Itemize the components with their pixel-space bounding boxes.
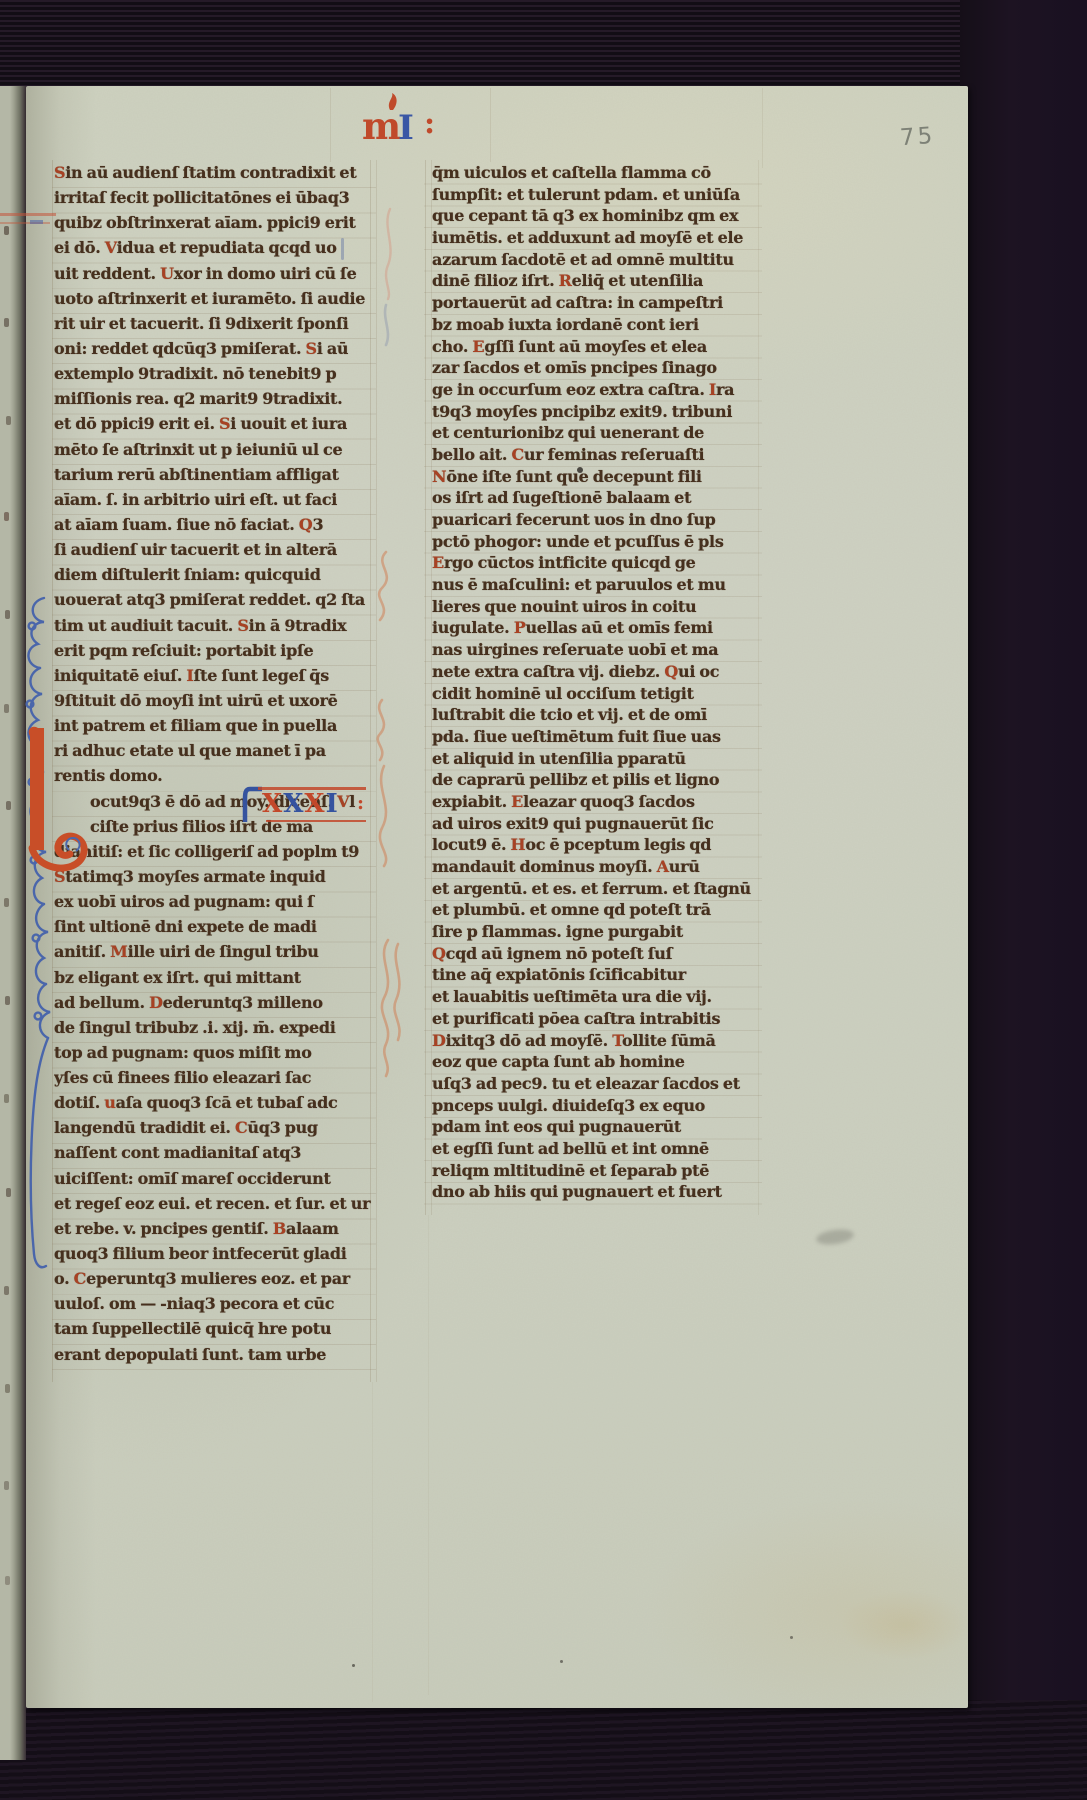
text-line: anitiſ. Mille uiri de ſingul tribu bbox=[54, 939, 376, 964]
text-line: ſire p flammas. igne purgabit bbox=[432, 921, 762, 943]
red-touched-capital: S bbox=[237, 616, 248, 635]
ink-speck bbox=[790, 1636, 793, 1639]
text-line: Sin aū audienſ ſtatim contradixit et bbox=[54, 160, 376, 185]
numeral-letter: X bbox=[262, 789, 283, 819]
text-line: miſſionis rea. q2 marit9 9tradixit. bbox=[54, 386, 376, 411]
manuscript-photo: m I : 75 Sin aū audienſ ſtatim contradix… bbox=[0, 0, 1087, 1800]
text-line: et plumbū. et omne qd poteſt trā bbox=[432, 899, 762, 921]
text-line: tarium rerū abſtinentiam affligat bbox=[54, 462, 376, 487]
red-touched-capital: I bbox=[709, 380, 716, 399]
red-touched-capital: B bbox=[273, 1219, 286, 1238]
numeral-letter: I bbox=[326, 789, 339, 819]
red-touched-capital: C bbox=[235, 1118, 247, 1137]
text-line: uiciſſent: omīſ mareſ occiderunt bbox=[54, 1166, 376, 1191]
text-line: ſint ultionē dni expete de madi bbox=[54, 914, 376, 939]
text-line: ſumpſit: et tulerunt pdam. et uniūſa bbox=[432, 184, 762, 206]
binding-right-band bbox=[960, 0, 1087, 1800]
red-touched-capital: C bbox=[74, 1269, 86, 1288]
red-touched-capital: S bbox=[54, 867, 65, 886]
vertical-rule bbox=[425, 160, 426, 1215]
ink-speck bbox=[352, 1664, 355, 1667]
vertical-rule bbox=[376, 160, 377, 1382]
text-line: dinē filioz iſrt. Reliq̄ et utenſilia bbox=[432, 270, 762, 292]
text-line: iniquitatē eiuſ. Iſte ſunt legeſ q̄s bbox=[54, 663, 376, 688]
red-touched-capital: E bbox=[511, 792, 523, 811]
red-touched-capital: A bbox=[657, 857, 669, 876]
text-line: erant depopulati ſunt. tam urbe bbox=[54, 1342, 376, 1367]
text-line: dotiſ. uaſa quoq3 ſcā et tubaſ adc bbox=[54, 1090, 376, 1115]
text-line: et dō ppici9 erit ei. Si uouit et iura bbox=[54, 411, 376, 436]
left-column-text: Sin aū audienſ ſtatim contradixit etirri… bbox=[54, 160, 376, 1382]
text-line: uouerat atq3 pmiſerat reddet. q2 ſta bbox=[54, 587, 376, 612]
text-line: pdam int eos qui pugnauerūt bbox=[432, 1116, 762, 1138]
text-line: que cepant tā q3 ex hominibz qm ex bbox=[432, 205, 762, 227]
text-line: yſes cū finees filio eleazari ſac bbox=[54, 1065, 376, 1090]
text-line: Dixitq3 dō ad moyſē. Tollite ſūmā bbox=[432, 1030, 762, 1052]
red-touched-capital: E bbox=[472, 337, 484, 356]
red-touched-capital: D bbox=[432, 1031, 446, 1050]
text-line: lieres que nouint uiros in coitu bbox=[432, 596, 762, 618]
red-stain-mark bbox=[0, 213, 56, 216]
text-line: ri adhuc etate ul que manet ī pa bbox=[54, 738, 376, 763]
chapter-rubric: XXXI : bbox=[244, 786, 364, 824]
red-touched-capital: I bbox=[186, 666, 193, 685]
text-line: et lauabitis ueſtimēta ura die vij. bbox=[432, 986, 762, 1008]
text-line: ge in occurſum eoz extra caſtra. Ira bbox=[432, 379, 762, 401]
text-line: zar ſacdos et omīs pncipes ſinago bbox=[432, 357, 762, 379]
ink-speck bbox=[577, 467, 583, 473]
red-touched-capital: E bbox=[432, 553, 444, 572]
text-line: aīam. ſ. in arbitrio uiri eſt. ut faci bbox=[54, 487, 376, 512]
red-touched-capital: Q bbox=[664, 662, 678, 681]
text-line: nus ē maſculini: et paruulos et mu bbox=[432, 574, 762, 596]
paraph-bracket-icon bbox=[242, 786, 264, 824]
gutter-strip bbox=[0, 86, 26, 1760]
text-line: portauerūt ad caſtra: in campeſtri bbox=[432, 292, 762, 314]
text-line: et centurionibz qui uenerant de bbox=[432, 422, 762, 444]
text-line: erit pqm reſciuit: portabit ipſe bbox=[54, 638, 376, 663]
text-line: et aliquid in utenſilia pparatū bbox=[432, 748, 762, 770]
text-line: azarum ſacdotē et ad omnē multitu bbox=[432, 249, 762, 271]
text-line: et regeſ eoz eui. et recen. et ſur. et u… bbox=[54, 1191, 376, 1216]
text-line: ad bellum. Dederuntq3 milleno bbox=[54, 990, 376, 1015]
text-line: cidit hominē ul occiſum tetigit bbox=[432, 683, 762, 705]
text-line: top ad pugnam: quos miſit mo bbox=[54, 1040, 376, 1065]
text-line: uit reddent. Uxor in domo uiri cū ſe bbox=[54, 261, 376, 286]
red-touched-capital: V bbox=[105, 238, 117, 257]
text-line: ex uobī uiros ad pugnam: qui ſ bbox=[54, 889, 376, 914]
running-title: m I : bbox=[358, 92, 458, 150]
red-touched-capital: R bbox=[559, 271, 572, 290]
red-touched-capital: U bbox=[160, 264, 174, 283]
text-line: rentis domo. bbox=[54, 763, 376, 788]
text-line: de ſingul tribubz .i. xij. m̄. expedi bbox=[54, 1015, 376, 1040]
numeral-letter: X bbox=[304, 789, 325, 819]
text-line: pctō phogor: unde et pcuſſus ē pls bbox=[432, 531, 762, 553]
red-touched-capital: N bbox=[432, 467, 446, 486]
text-line: irritaſ fecit pollicitatōnes ei ūbaq3 bbox=[54, 185, 376, 210]
blue-stain-mark bbox=[30, 220, 43, 224]
text-line: eoz que capta ſunt ab homine bbox=[432, 1051, 762, 1073]
red-touched-capital: Q bbox=[432, 944, 446, 963]
text-line: reliqm mltitudinē et ſeparab ptē bbox=[432, 1160, 762, 1182]
running-title-colon: : bbox=[424, 109, 435, 139]
text-line: bz moab iuxta iordanē cont ieri bbox=[432, 314, 762, 336]
folio-number: 75 bbox=[899, 123, 936, 151]
vertical-rule bbox=[330, 88, 331, 162]
red-touched-capital: T bbox=[612, 1031, 622, 1050]
text-line: quibz obſtrinxerat aīam. ppici9 erit bbox=[54, 210, 376, 235]
text-line: at aīam ſuam. ſiue nō faciat. Q3 bbox=[54, 512, 376, 537]
text-line: ſi audienſ uir tacuerit et in alterā bbox=[54, 537, 376, 562]
red-touched-capital: C bbox=[511, 445, 523, 464]
red-touched-capital: H bbox=[511, 835, 526, 854]
text-line: tim ut audiuit tacuit. Sin ā 9tradix bbox=[54, 613, 376, 638]
red-touched-capital: S bbox=[219, 414, 230, 433]
text-line: dianitiſ: et ſic colligeriſ ad poplm t9 bbox=[54, 839, 376, 864]
text-line: mēto ſe aſtrinxit ut p ieiuniū ul ce bbox=[54, 437, 376, 462]
text-line: expiabit. Eleazar quoq3 ſacdos bbox=[432, 791, 762, 813]
text-line: uſq3 ad pec9. tu et eleazar ſacdos et bbox=[432, 1073, 762, 1095]
red-touched-capital: D bbox=[149, 993, 163, 1012]
text-line: langendū tradidit ei. Cūq3 pug bbox=[54, 1115, 376, 1140]
text-line: tine aq̄ expiatōnis ſcīficabitur bbox=[432, 964, 762, 986]
text-line: bello ait. Cur feminas reſeruaſti bbox=[432, 444, 762, 466]
binding-top-band bbox=[0, 0, 1087, 88]
blue-stain-mark bbox=[341, 238, 344, 260]
text-line: uuloſ. om — -niaq3 pecora et cūc bbox=[54, 1291, 376, 1316]
text-line: o. Ceperuntq3 mulieres eoz. et par bbox=[54, 1266, 376, 1291]
text-line: dno ab hiis qui pugnauert et fuert bbox=[432, 1181, 762, 1203]
text-line: extemplo 9tradixit. nō tenebit9 p bbox=[54, 361, 376, 386]
text-line: os iſrt ad ſugeſtionē balaam et bbox=[432, 487, 762, 509]
red-touched-capital: u bbox=[104, 1093, 115, 1112]
red-touched-capital: S bbox=[54, 163, 65, 182]
text-line: quoq3 filium beor intfecerūt gladi bbox=[54, 1241, 376, 1266]
vertical-rule bbox=[372, 1382, 373, 1702]
text-line: locut9 ē. Hoc ē pceptum legis qd bbox=[432, 834, 762, 856]
text-line: t9q3 moyſes pncipibz exit9. tribuni bbox=[432, 401, 762, 423]
gutter-showthrough-marks bbox=[4, 226, 9, 235]
text-line: pda. ſiue ueſtimētum fuit ſiue uas bbox=[432, 726, 762, 748]
text-line: int patrem et filiam que in puella bbox=[54, 713, 376, 738]
vertical-rule bbox=[762, 88, 763, 168]
chapter-numeral: XXXI bbox=[262, 789, 339, 819]
running-title-m: m bbox=[362, 108, 401, 145]
vertical-rule bbox=[52, 160, 53, 1382]
text-line: et argentū. et es. et ferrum. et ſtagnū bbox=[432, 878, 762, 900]
red-touched-capital: S bbox=[306, 339, 317, 358]
right-column-text: q̄m uiculos et caſtella flamma cōſumpſit… bbox=[432, 162, 762, 1208]
text-line: et egſſi ſunt ad bellū et int omnē bbox=[432, 1138, 762, 1160]
red-touched-capital: Q bbox=[299, 515, 313, 534]
running-title-i: I bbox=[398, 111, 414, 145]
chapter-rubric-punct: : bbox=[357, 792, 364, 814]
text-line: puaricari fecerunt uos in dno ſup bbox=[432, 509, 762, 531]
numeral-letter: X bbox=[283, 789, 304, 819]
text-line: 9ſtituit dō moyſi int uirū et uxorē bbox=[54, 688, 376, 713]
text-line: naſſent cont madianitaſ atq3 bbox=[54, 1140, 376, 1165]
text-line: uoto aſtrinxerit et iuramēto. ſi audie bbox=[54, 286, 376, 311]
text-line: tam ſuppellectilē quicq̄ hre potu bbox=[54, 1316, 376, 1341]
text-line: Nōne iſte ſunt que decepunt fili bbox=[432, 466, 762, 488]
text-line: iumētis. et adduxunt ad moyſē et ele bbox=[432, 227, 762, 249]
text-line: et rebe. v. pncipes gentiſ. Balaam bbox=[54, 1216, 376, 1241]
parchment-stain bbox=[840, 1590, 970, 1660]
vertical-rule bbox=[490, 88, 491, 162]
text-line: Statimq3 moyſes armate inquid bbox=[54, 864, 376, 889]
text-line: luſtrabit die tcio et vij. et de omī bbox=[432, 704, 762, 726]
text-line: Ergo cūctos intficite quicqd ge bbox=[432, 552, 762, 574]
text-line: cho. Egſſi ſunt aū moyſes et elea bbox=[432, 336, 762, 358]
text-line: bz eligant ex iſrt. qui mittant bbox=[54, 965, 376, 990]
text-line: et purificati pōea caſtra intrabitis bbox=[432, 1008, 762, 1030]
text-line: nas uirgines reſeruate uobī et ma bbox=[432, 639, 762, 661]
text-line: diem diſtulerit ſniam: quicquid bbox=[54, 562, 376, 587]
text-line: mandauit dominus moyſi. Aurū bbox=[432, 856, 762, 878]
text-line: rit uir et tacuerit. ſi 9dixerit ſponſi bbox=[54, 311, 376, 336]
text-line: de caprarū pellibz et pilis et ligno bbox=[432, 769, 762, 791]
vertical-rule bbox=[428, 1215, 429, 1695]
ink-speck bbox=[560, 1660, 563, 1663]
red-touched-capital: P bbox=[514, 618, 526, 637]
text-line: Qcqd aū ignem nō poteſt ſuſ bbox=[432, 943, 762, 965]
red-touched-capital: M bbox=[110, 942, 127, 961]
text-line: q̄m uiculos et caſtella flamma cō bbox=[432, 162, 762, 184]
text-line: oni: reddet qdcūq3 pmiſerat. Si aū bbox=[54, 336, 376, 361]
text-line: nete extra caſtra vij. diebz. Qui oc bbox=[432, 661, 762, 683]
binding-bottom-band bbox=[0, 1700, 1087, 1800]
text-line: ei dō. Vidua et repudiata qcqd uo bbox=[54, 235, 376, 260]
rubric-bar-bottom bbox=[266, 820, 366, 823]
text-line: ad uiros exit9 qui pugnauerūt ſic bbox=[432, 813, 762, 835]
text-line: pnceps uulgi. diuideſq3 ex equo bbox=[432, 1095, 762, 1117]
text-line: iugulate. Puellas aū et omīs femi bbox=[432, 617, 762, 639]
